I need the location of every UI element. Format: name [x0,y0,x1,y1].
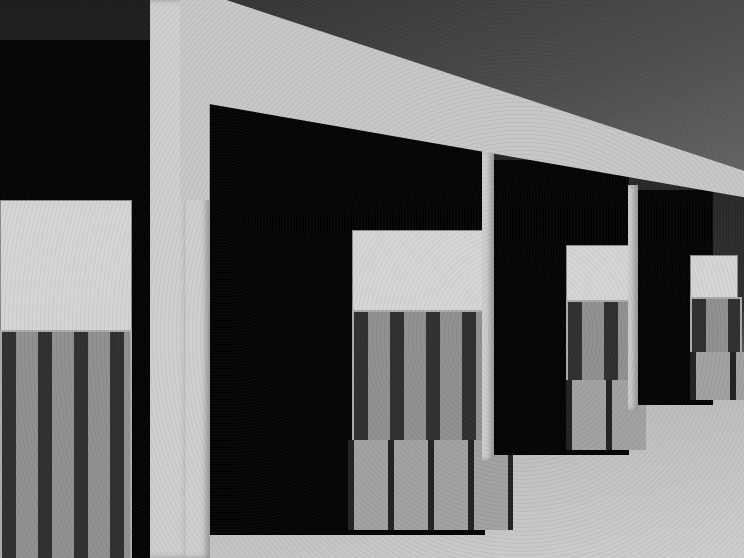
oven-door-left [0,330,132,558]
oven-hood-4 [690,255,738,299]
oven-base-4 [690,352,744,400]
pillar-4 [628,185,638,410]
pillar-3 [482,150,494,460]
oven-door-4 [690,297,742,356]
oven-hood-left [0,200,132,332]
archival-photograph: Black-and-white archival photograph of a… [0,0,744,558]
